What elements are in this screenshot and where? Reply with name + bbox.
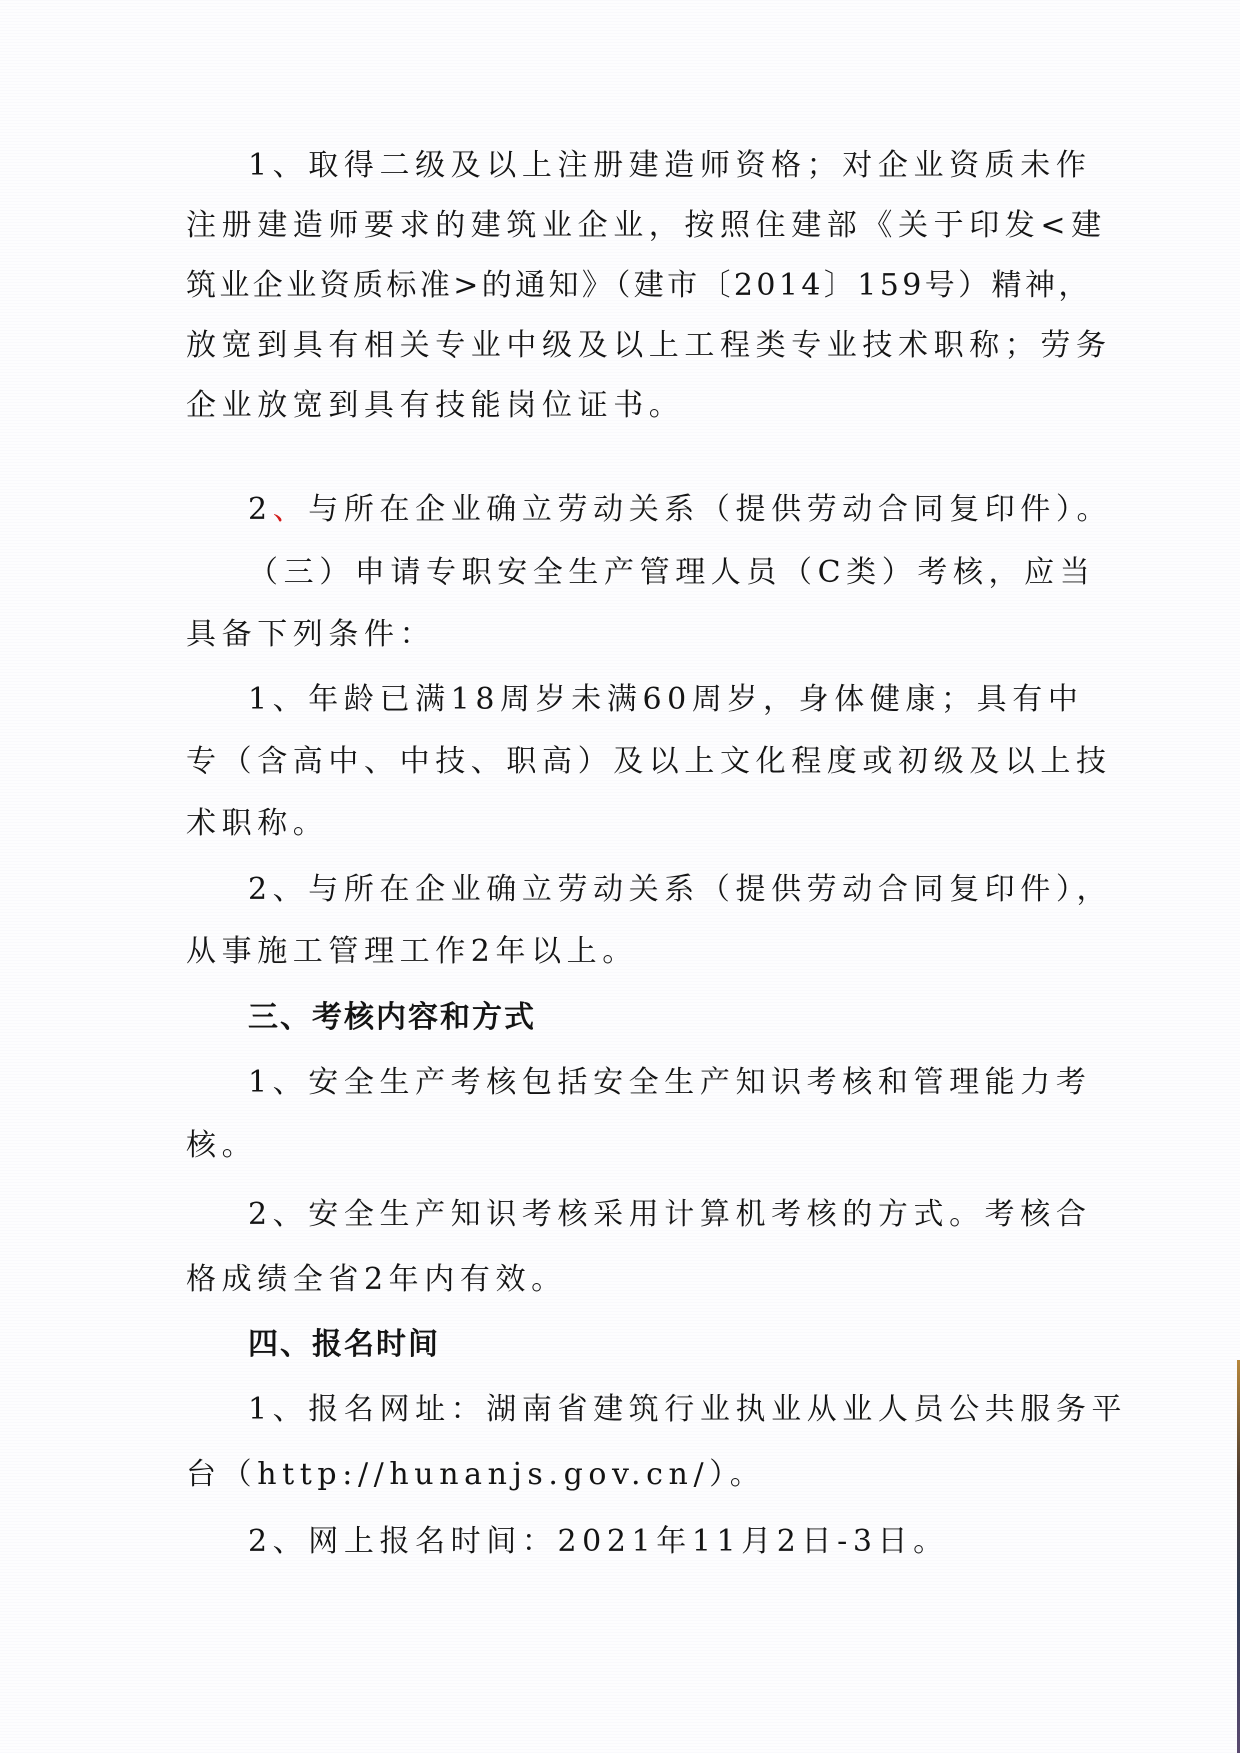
- section-heading: 四、报名时间: [248, 1325, 1118, 1365]
- paragraph-line: 台（http://hunanjs.gov.cn/）。: [186, 1455, 1056, 1495]
- paragraph-line: 从事施工管理工作2年以上。: [186, 932, 1056, 972]
- paragraph-line: 2、与所在企业确立劳动关系（提供劳动合同复印件），: [248, 870, 1118, 910]
- paragraph-line: 核。: [186, 1126, 1056, 1166]
- paragraph-line: 1、年龄已满18周岁未满60周岁，身体健康；具有中: [248, 680, 1118, 720]
- red-separator: 、: [273, 492, 309, 527]
- paragraph-line: 1、报名网址：湖南省建筑行业执业从业人员公共服务平: [248, 1390, 1118, 1430]
- paragraph-line: 2、网上报名时间：2021年11月2日-3日。: [248, 1522, 1118, 1562]
- paragraph-line: 企业放宽到具有技能岗位证书。: [186, 386, 1056, 426]
- paragraph-line: 筑业企业资质标准>的通知》（建市〔2014〕159号）精神，: [186, 266, 1056, 306]
- item-number: 2: [248, 492, 273, 527]
- item-text: 与所在企业确立劳动关系（提供劳动合同复印件）。: [308, 492, 1112, 527]
- paragraph-line: 专（含高中、中技、职高）及以上文化程度或初级及以上技: [186, 742, 1056, 782]
- paragraph-line-with-red-separator: 2、与所在企业确立劳动关系（提供劳动合同复印件）。: [248, 490, 1118, 530]
- paragraph-line: 2、安全生产知识考核采用计算机考核的方式。考核合: [248, 1195, 1118, 1235]
- scanned-page: 1、取得二级及以上注册建造师资格；对企业资质未作 注册建造师要求的建筑业企业，按…: [0, 0, 1240, 1753]
- subsection-line: （三）申请专职安全生产管理人员（C类）考核，应当: [248, 553, 1118, 593]
- paragraph-line: 放宽到具有相关专业中级及以上工程类专业技术职称；劳务: [186, 326, 1056, 366]
- paragraph-line: 术职称。: [186, 804, 1056, 844]
- paragraph-line: 1、取得二级及以上注册建造师资格；对企业资质未作: [248, 146, 1118, 186]
- paragraph-line: 具备下列条件：: [186, 615, 1056, 655]
- section-heading: 三、考核内容和方式: [248, 998, 1118, 1038]
- paragraph-line: 格成绩全省2年内有效。: [186, 1260, 1056, 1300]
- paragraph-line: 注册建造师要求的建筑业企业，按照住建部《关于印发<建: [186, 206, 1056, 246]
- paragraph-line: 1、安全生产考核包括安全生产知识考核和管理能力考: [248, 1063, 1118, 1103]
